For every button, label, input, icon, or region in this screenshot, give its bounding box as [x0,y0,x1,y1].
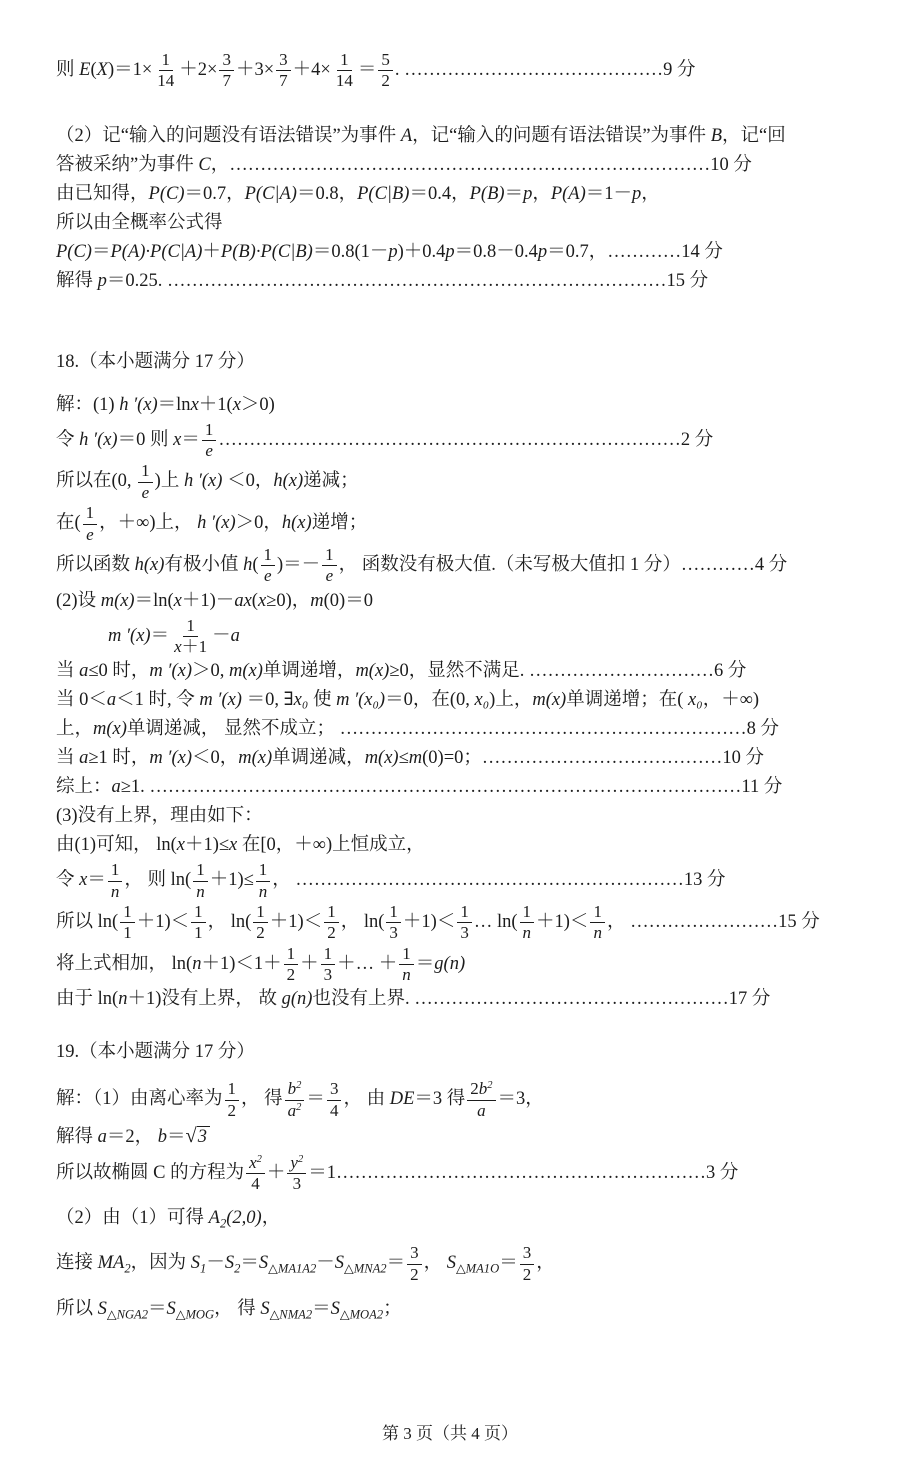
math-run: m(x) [93,719,127,739]
math-run: m ′(x) [199,690,242,710]
denominator: a [474,1101,489,1120]
math-run: m(x) [532,690,566,710]
text-run: ＞0， [236,513,282,533]
math-run: h ′(x) [79,430,117,450]
text-run: 所以 ln( [56,912,118,932]
math-run: x₀ [294,690,309,710]
text-run: 在( [56,513,81,533]
numerator: 1 [138,462,153,482]
math-run: S [447,1254,456,1274]
fraction: 1n [520,903,535,943]
math-run: m(x) [229,661,263,681]
denominator: 14 [333,71,356,90]
numerator: 1 [83,504,98,524]
text-run: （2）记“输入的问题没有语法错误”为事件 [56,126,401,146]
math-run: x [191,395,199,415]
numerator: 1 [108,861,123,881]
q18-case-a-le-0: 当 a≤0 时，m ′(x)＞0, m(x)单调递增，m(x)≥0，显然不满足.… [56,657,848,686]
p2-solve-p: 解得 p＝0.25. ………………………………………………………………………15… [56,267,848,296]
fraction: 13 [321,945,336,985]
numerator: 1 [322,546,337,566]
math-run: P(A) [551,184,586,204]
fraction: 1n [399,945,414,985]
text-run: )上 [155,472,184,492]
numerator: 1 [256,861,271,881]
text-run: ，＋∞) [703,690,759,710]
math-run: a [98,1127,107,1147]
fraction: 1n [256,861,271,901]
text-run: ＋1)没有上界， 故 [127,989,281,1009]
text-run: ＝ [148,1299,167,1319]
text-run: ， [536,1254,555,1274]
text-run: 令 [56,870,79,890]
text-run: ＝ln [158,395,191,415]
numerator: 1 [120,903,135,923]
text-run: ，记“回 [722,126,786,146]
math-run: p [98,271,107,291]
text-run: ＞0) [241,395,275,415]
fraction: 2b2a [467,1080,495,1120]
math-run: b [479,1079,488,1098]
numerator: 2b2 [467,1080,495,1100]
numerator: 3 [327,1080,342,1100]
q18-case-0a1-l1: 当 0＜a＜1 时, 令 m ′(x) ＝0, ∃x₀ 使 m ′(x₀)＝0，… [56,686,848,715]
text-run: ＋1)＜ [137,912,189,932]
text-run: ＝ [151,626,170,646]
math-run: n [111,882,120,901]
math-run: x [233,395,241,415]
numerator: 1 [261,546,276,566]
text-run: 所以故椭圆 C 的方程为 [56,1163,244,1183]
math-run: n [523,923,532,942]
text-run: )＝－ [277,555,320,575]
text-run: 在[0，＋∞)上恒成立， [237,835,424,855]
q18-critical: 令 h ′(x)＝0 则 x＝1e……………………………………………………………… [56,420,848,462]
fraction: 32 [407,1244,422,1284]
text-run: ，记“输入的问题有语法错误”为事件 [412,126,711,146]
fraction: 34 [327,1080,342,1120]
fraction: 1e [261,546,276,586]
fraction: x24 [246,1154,265,1194]
text-run: ＝ [181,430,200,450]
q18-increasing: 在(1e，＋∞)上， h ′(x)＞0，h(x)递增； [56,503,848,545]
subscript: △MOA2 [340,1308,383,1322]
math-run: e [142,483,150,502]
q18-min-value: 所以函数 h(x)有极小值 h(1e)＝－1e， 函数没有极大值.（未写极大值扣… [56,545,848,587]
text-run: 递减； [303,472,359,492]
q18-case-a-ge-1: 当 a≥1 时，m ′(x)＜0，m(x)单调递减，m(x)≤m(0)=0；……… [56,744,848,773]
math-run: b [288,1079,297,1098]
text-run: 所以由全概率公式得 [56,213,223,233]
denominator: 2 [520,1265,535,1284]
fraction: 52 [378,51,393,91]
text-run: 19.（本小题满分 17 分） [56,1042,255,1062]
numerator: 3 [407,1244,422,1264]
math-run: E [79,60,90,80]
text-run: ＝2， [107,1127,158,1147]
superscript: 2 [296,1102,301,1113]
text-run: ＋1)≤ [210,870,254,890]
text-run: ＋1)＜ [403,912,455,932]
text-run: 解得 [56,271,98,291]
denominator: 3 [457,923,472,942]
text-run: ＝0.7，…………14 分 [547,242,723,262]
text-run: 连接 [56,1254,98,1274]
text-run: (0)＝0 [324,591,373,611]
text-run: ＝0, ∃ [242,690,294,710]
text-run: ＝0.8－0.4 [455,242,538,262]
math-run: x₀ [688,690,703,710]
text-run: ＋1( [199,395,233,415]
text-run: ＝ [306,1090,325,1110]
fraction: 12 [225,1080,240,1120]
fraction: 37 [276,51,291,91]
q18-part3-final: 由于 ln(n＋1)没有上界， 故 g(n)也没有上界. ……………………………… [56,985,848,1014]
text-run: ， [532,184,551,204]
text-run: ＋3× [236,60,274,80]
math-run: a [107,690,116,710]
denominator: e [323,566,337,585]
q19-eccentricity: 解：（1）由离心率为12， 得b2a2＝34， 由 DE＝3 得2b2a＝3， [56,1079,848,1121]
denominator: 2 [253,923,268,942]
math-run: e [326,566,334,585]
denominator: 7 [276,71,291,90]
radicand: 3 [197,1126,210,1147]
q18-part3-ineq: 由(1)可知， ln(x＋1)≤x 在[0，＋∞)上恒成立， [56,831,848,860]
text-run: ≥0)， [266,591,310,611]
q18-decreasing: 所以在(0, 1e)上 h ′(x) ＜0，h(x)递减； [56,461,848,503]
text-run: ＝ [358,60,377,80]
p2-events-line1: （2）记“输入的问题没有语法错误”为事件 A，记“输入的问题有语法错误”为事件 … [56,122,848,151]
math-run: P(C|A) [245,184,297,204]
page: 则 E(X)＝1×114＋2×37＋3×37＋4×114＝52. …………………… [0,0,900,1458]
p2-known: 由已知得，P(C)＝0.7，P(C|A)＝0.8，P(C|B)＝0.4，P(B)… [56,180,848,209]
text-run: …………………………………………………………………2 分 [218,430,713,450]
numerator: 1 [386,903,401,923]
text-run: 将上式相加， ln( [56,954,192,974]
denominator: e [83,525,97,544]
math-run: n [402,965,411,984]
text-run: ＋1)＜ [270,912,322,932]
numerator: 1 [193,861,208,881]
denominator: x＋1 [171,637,210,656]
text-run: ≤ [399,748,409,768]
math-run: S [98,1299,107,1319]
fraction: 11 [191,903,206,943]
denominator: n [108,882,123,901]
subscript: △MA1O [456,1262,499,1276]
math-run: S [225,1254,234,1274]
text-run: ＝ [499,1254,518,1274]
text-run: ， ……………………15 分 [607,912,820,932]
math-run: x [258,591,266,611]
math-run: p [538,242,547,262]
q18-part2-def: (2)设 m(x)＝ln(x＋1)－ax(x≥0)，m(0)＝0 [56,587,848,616]
math-run: S [260,1299,269,1319]
math-run: m(x) [355,661,389,681]
text-run: ＝ [387,1254,406,1274]
text-run: ， [424,1254,447,1274]
text-run: 有极小值 [164,555,243,575]
text-run: 由于 ln( [56,989,118,1009]
math-run: DE [390,1090,415,1110]
math-run: S [335,1254,344,1274]
fraction: 12 [253,903,268,943]
text-run: 单调递减， [272,748,365,768]
denominator: 4 [248,1174,263,1193]
math-run: a [79,661,88,681]
math-run: m(x) [365,748,399,768]
denominator: 2 [378,71,393,90]
math-run: h(x) [282,513,312,533]
text-run: ≥1. ……………………………………………………………………………………11 分 [121,777,783,797]
text-run: 解：(1) [56,395,119,415]
superscript: 2 [487,1081,492,1092]
text-run: ＋ [202,242,221,262]
q18-part3-chain: 所以 ln(11＋1)＜11， ln(12＋1)＜12， ln(13＋1)＜13… [56,902,848,944]
text-run: ＝ [167,1127,186,1147]
q18-part3-claim: (3)没有上界，理由如下： [56,802,848,831]
math-run: h [243,555,252,575]
subscript: △MA1A2 [268,1262,316,1276]
math-run: x [174,591,182,611]
denominator: a2 [285,1101,305,1120]
text-run: ( [252,555,258,575]
denominator: e [202,441,216,460]
text-run: ＋1)≤ [185,835,229,855]
text-run: ＝0.7， [184,184,244,204]
text-run: 所以 [56,1299,98,1319]
p2-total-prob-eq: P(C)＝P(A)·P(C|A)＋P(B)·P(C|B)＝0.8(1－p)＋0.… [56,238,848,267]
text-run: ， ………………………………………………………13 分 [272,870,725,890]
math-run: a [79,748,88,768]
p2-events-line2: 答被采纳”为事件 C，……………………………………………………………………10 … [56,151,848,180]
text-run: ＝ [312,1299,331,1319]
text-run: ， 得 [241,1090,283,1110]
numerator: 5 [378,51,393,71]
numerator: y2 [287,1154,306,1174]
p2-total-prob-intro: 所以由全概率公式得 [56,209,848,238]
text-run: ＜1 时, 令 [116,690,199,710]
text-run: ＝ [505,184,524,204]
denominator: 2 [284,965,299,984]
text-run: ，……………………………………………………………………10 分 [211,155,752,175]
text-run: 使 [308,690,336,710]
math-run: m(x) [238,748,272,768]
denominator: 4 [327,1101,342,1120]
text-run: . ……………………………………9 分 [395,60,696,80]
numerator: 1 [202,421,217,441]
math-run: n [593,923,602,942]
denominator: 7 [219,71,234,90]
fraction: 12 [324,903,339,943]
math-run: P(C) [149,184,185,204]
math-run: m ′(x) [108,626,151,646]
fraction: 1e [138,462,153,502]
numerator: 1 [183,617,198,637]
q18-heading: 18.（本小题满分 17 分） [56,348,848,377]
text-run: 当 0＜ [56,690,107,710]
q19-heading: 19.（本小题满分 17 分） [56,1038,848,1067]
fraction: 11 [120,903,135,943]
math-run: e [205,441,213,460]
text-run: ≥0，显然不满足. …………………………6 分 [389,661,746,681]
math-run: ax [234,591,251,611]
fraction: 1n [590,903,605,943]
math-run: p [388,242,397,262]
text-run: 单调递增， [263,661,356,681]
numerator: 3 [276,51,291,71]
denominator: 1 [120,923,135,942]
expectation-line: 则 E(X)＝1×114＋2×37＋3×37＋4×114＝52. …………………… [56,50,848,92]
math-run: S [259,1254,268,1274]
text-run: ＝0 则 [118,430,174,450]
superscript: 2 [296,1081,301,1092]
q18-part3-sub: 令 x＝1n， 则 ln(1n＋1)≤1n， ……………………………………………… [56,860,848,902]
text-run: (0)=0；…………………………………10 分 [422,748,764,768]
numerator: 1 [324,903,339,923]
numerator: 1 [337,51,352,71]
text-run: ＝3， [498,1090,544,1110]
q19-solve-ab: 解得 a＝2， b＝√3 [56,1121,848,1153]
math-run: n [259,882,268,901]
fraction: 1e [322,546,337,586]
text-run: ， ln( [208,912,252,932]
text-run: ＋… ＋ [337,954,397,974]
square-root: √3 [186,1121,210,1153]
numerator: 1 [520,903,535,923]
fraction: 13 [386,903,401,943]
math-run: m(x) [101,591,135,611]
math-run: a [477,1101,486,1120]
denominator: e [139,483,153,502]
text-run: － [316,1254,335,1274]
math-run: C [198,155,210,175]
text-run: ＋1)＜ [536,912,588,932]
fraction: y23 [287,1154,306,1194]
text-run: 令 [56,430,79,450]
text-run: ≤0 时， [88,661,149,681]
text-run: ＝ [87,870,106,890]
denominator: 3 [321,965,336,984]
text-run: 则 [56,60,79,80]
denominator: n [590,923,605,942]
text-run: ＝ [92,242,111,262]
text-run: ＋ [300,954,319,974]
text-run: 单调递减， 显然不成立； …………………………………………………………8 分 [127,719,779,739]
math-run: P(B) [470,184,505,204]
subscript: △NGA2 [107,1308,148,1322]
text-run: 答被采纳”为事件 [56,155,198,175]
math-run: y [290,1153,298,1172]
text-run: … ln( [474,912,518,932]
denominator: 2 [225,1101,240,1120]
denominator: n [193,882,208,901]
text-run: 所以在(0, [56,472,136,492]
denominator: n [399,965,414,984]
numerator: 1 [321,945,336,965]
text-run: 由(1)可知， ln( [56,835,177,855]
math-run: P(A)·P(C|A) [110,242,202,262]
text-run: ＋2× [179,60,217,80]
denominator: 2 [407,1265,422,1284]
text-run: ＝ln( [135,591,174,611]
text-run: ≥1 时， [88,748,149,768]
numerator: 1 [399,945,414,965]
text-run: ＋1)－ [182,591,234,611]
numerator: 1 [457,903,472,923]
text-run: ， 由 [343,1090,389,1110]
text-run: ＝1……………………………………………………3 分 [308,1163,738,1183]
text-run: ＝0.4， [409,184,469,204]
radical-sign: √ [186,1125,197,1147]
math-run: A [401,126,412,146]
math-run: e [264,566,272,585]
math-run: S [331,1299,340,1319]
text-run: ＝1－ [586,184,632,204]
subscript: △MNA2 [344,1262,387,1276]
q19-ellipse-eq: 所以故椭圆 C 的方程为x24＋y23＝1…………………………………………………… [56,1153,848,1195]
math-run: A [209,1208,220,1228]
text-run: )＋0.4 [398,242,446,262]
math-run: S [167,1299,176,1319]
fraction: 12 [284,945,299,985]
q18-part3-sum: 将上式相加， ln(n＋1)＜1＋12＋13＋… ＋1n＝g(n) [56,944,848,986]
text-run: ＝3 得 [414,1090,465,1110]
text-run: ， [641,184,660,204]
math-run: m ′(x) [149,661,192,681]
math-run: x [249,1153,257,1172]
math-run: S [191,1254,200,1274]
math-run: MA [98,1254,125,1274]
q18-case-0a1-l2: 上，m(x)单调递减， 显然不成立； ………………………………………………………… [56,715,848,744]
subscript: △MOG [176,1308,214,1322]
math-run: h(x) [273,472,303,492]
text-run: (3)没有上界，理由如下： [56,806,263,826]
text-run: ＝0.8(1－ [313,242,389,262]
text-run: ， ln( [341,912,385,932]
denominator: e [261,566,275,585]
numerator: 1 [590,903,605,923]
text-run: ， [262,1208,281,1228]
text-run: )上， [489,690,532,710]
q18-mprime: m ′(x)＝1x＋1－a [56,616,848,658]
fraction: 37 [219,51,234,91]
superscript: 2 [298,1154,303,1165]
math-run: h ′(x) [119,395,157,415]
fraction: b2a2 [285,1080,305,1120]
text-run: ＋1)＜1＋ [201,954,281,974]
numerator: x2 [246,1154,265,1174]
q19-part2-areas: 连接 MA2，因为 S1－S2＝S△MA1A2－S△MNA2＝32， S△MA1… [56,1243,848,1285]
numerator: 3 [219,51,234,71]
fraction: 1n [108,861,123,901]
text-run: 解：（1）由离心率为 [56,1090,223,1110]
text-run: 由已知得， [56,184,149,204]
numerator: b2 [285,1080,305,1100]
text-run: ＋ [267,1163,286,1183]
math-run: m [310,591,323,611]
math-run: g(n) [434,954,465,974]
math-run: x₀ [475,690,490,710]
math-run: a [288,1101,297,1120]
fraction: 114 [333,51,356,91]
q18-conclusion: 综上：a≥1. ……………………………………………………………………………………… [56,773,848,802]
text-run: 单调递增；在( [566,690,688,710]
math-run: m ′(x) [149,748,192,768]
text-run: 解得 [56,1127,98,1147]
text-run: ； [383,1299,402,1319]
